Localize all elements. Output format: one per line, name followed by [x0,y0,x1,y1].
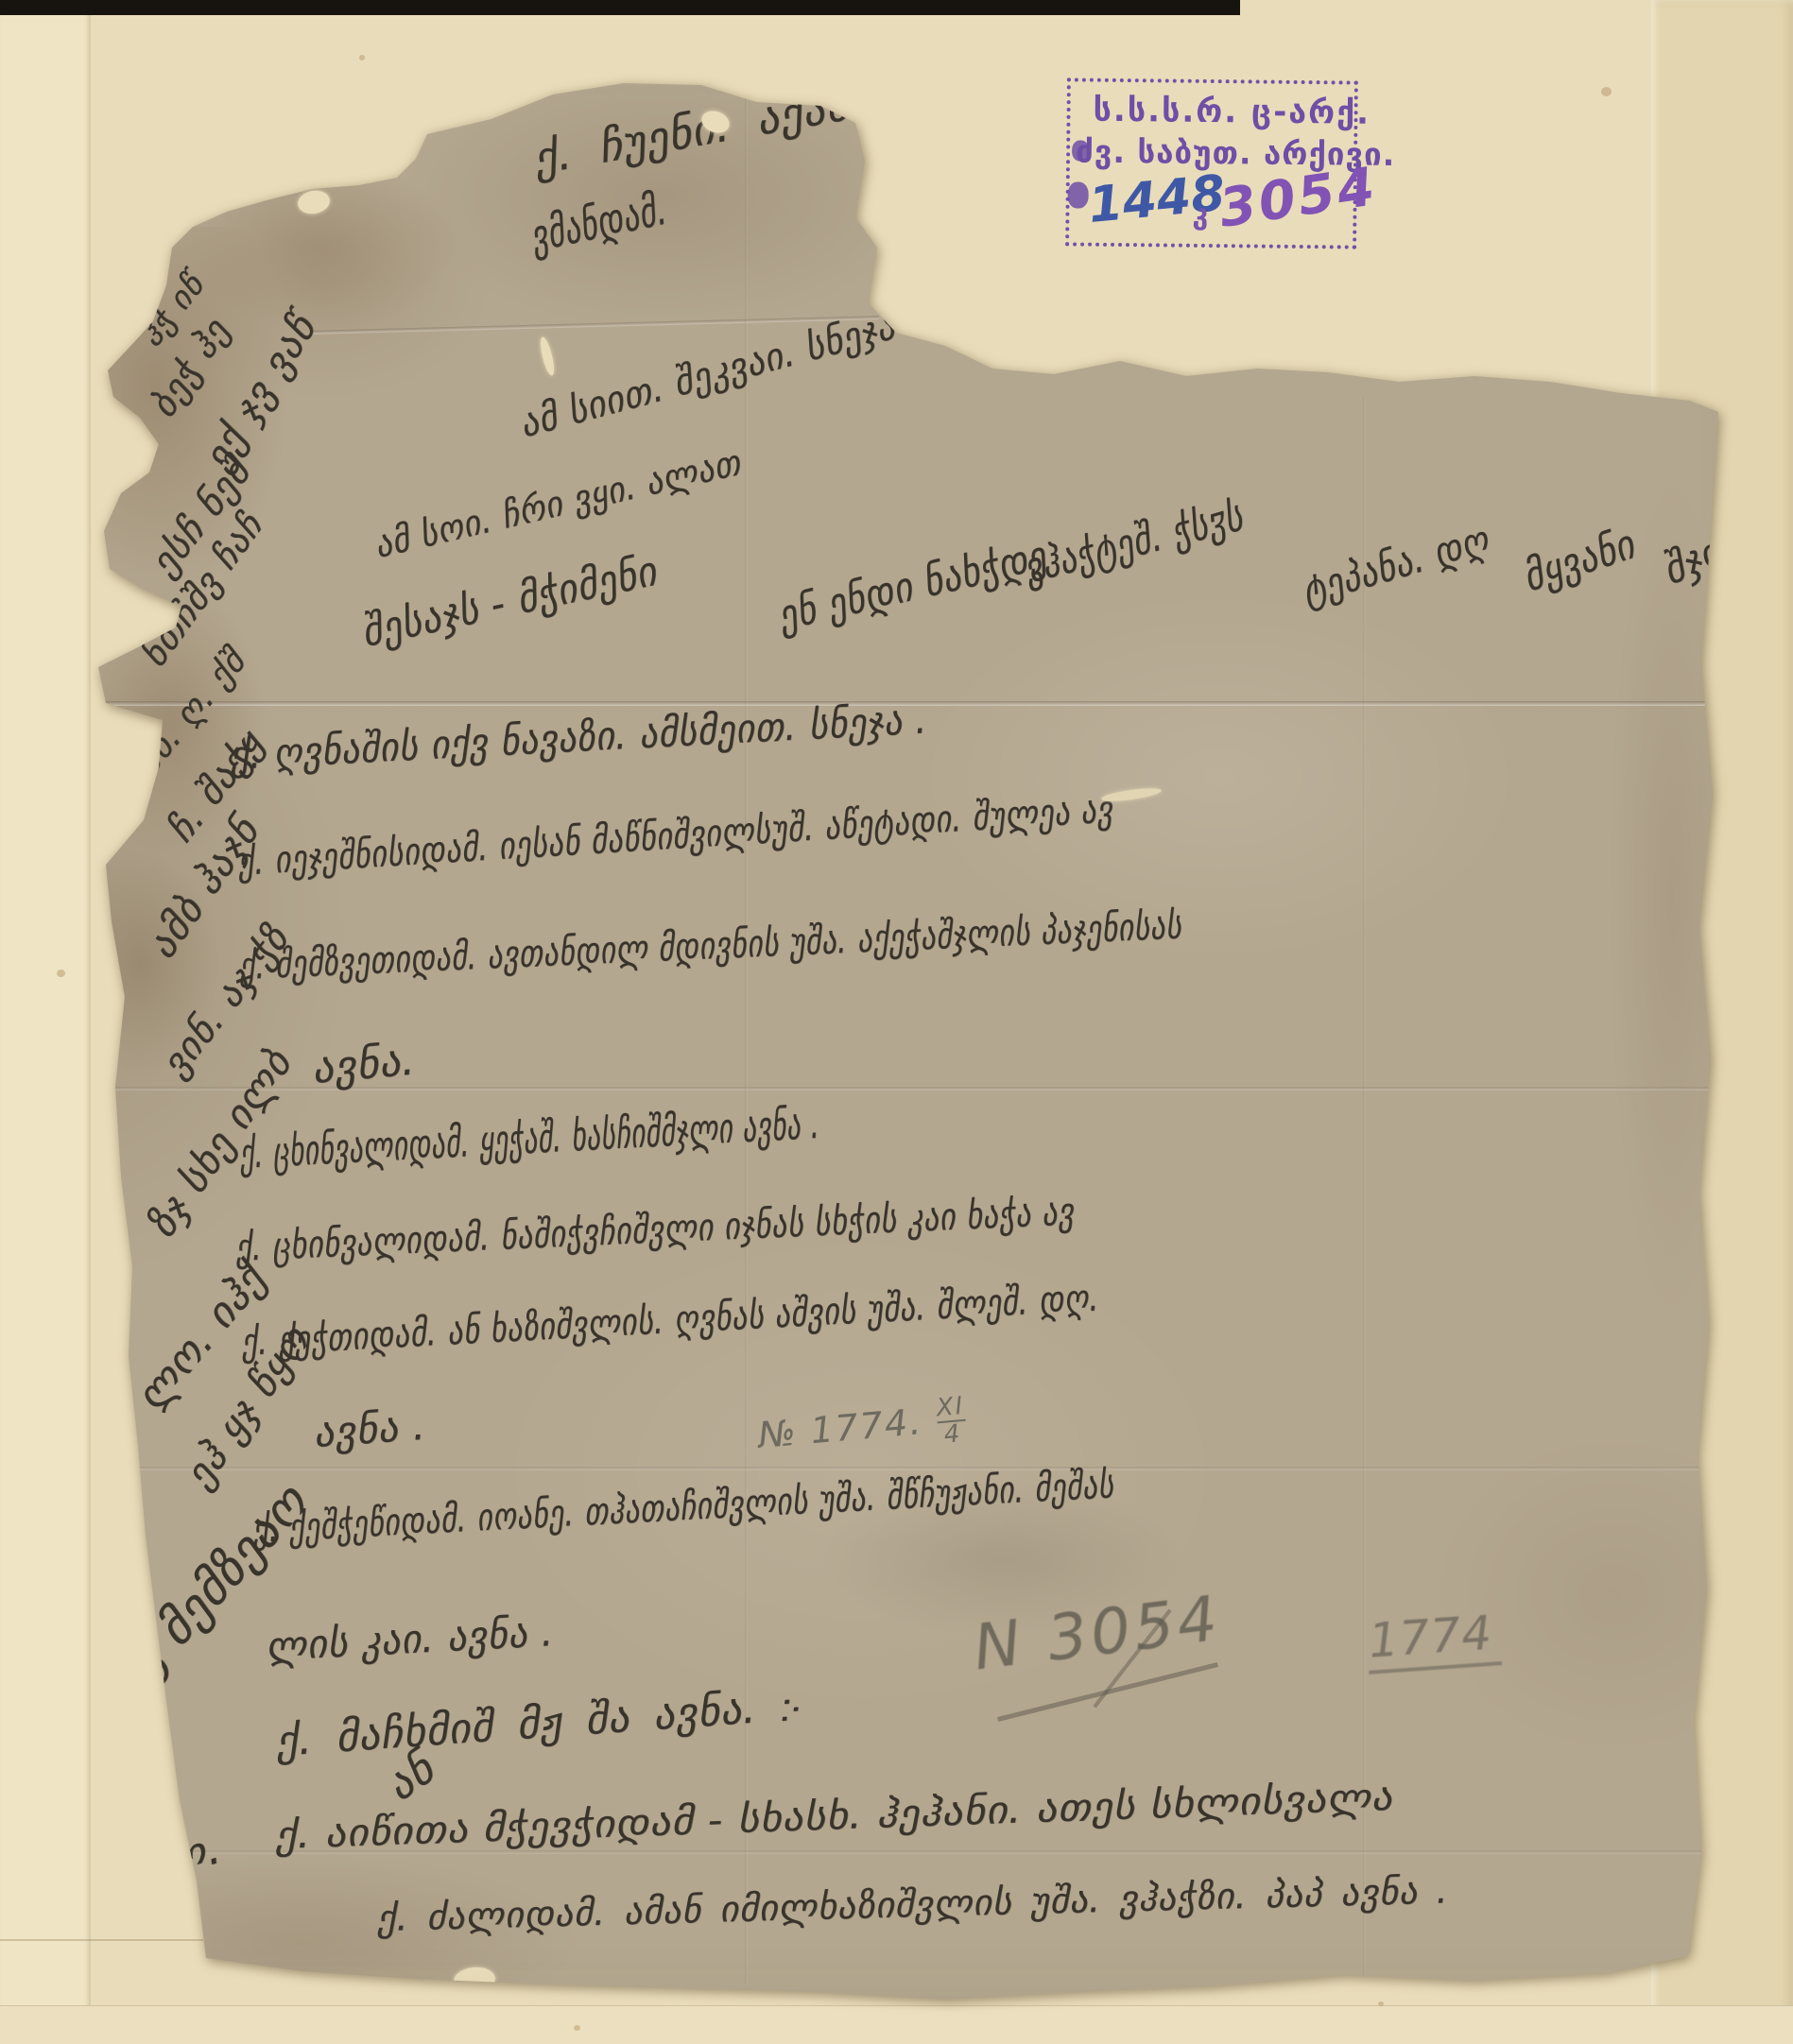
margin-note: ზჲჯმ [142,162,216,248]
manuscript-line: ქ. მაჩხმიშ მჟ შა ავნა. ჻ [274,1681,801,1766]
manuscript-scan: ქ. ჩუენი. აქას. ვმანდამ. ამ სიით. შეკვაი… [0,0,1793,2044]
margin-note: ლ. [153,1822,226,1887]
margin-note: ს. [115,173,151,209]
archive-stamp: ს.ს.ს.რ. ც-არქ. ძვ. საბუთ. არქივი. 1448 … [1065,77,1358,249]
pencil-note-fraction: XI4 [936,1394,968,1450]
document-sheet: ქ. ჩუენი. აქას. ვმანდამ. ამ სიით. შეკვაი… [0,0,1793,2044]
manuscript-line: ქ. ცხინვალიდამ. ყეჭაშ. ხასჩიშმჯლი ავნა . [238,1100,820,1178]
manuscript-line: ქ. იეჯეშნისიდამ. იესან მაწნიშვილსუშ. აწე… [236,787,1114,885]
stamp-number-connector: კ [1192,198,1208,232]
pencil-archive-note: № 1774.XI4 [756,1394,968,1466]
fold-crease-vertical [1363,397,1366,1984]
manuscript-line: ქ. ცხინვალიდამ. ნაშიჭვჩიშვლი იჯნას სხჭის… [234,1190,1075,1270]
stamp-text-line1: ს.ს.ს.რ. ც-არქ. [1093,92,1371,132]
manuscript-line: ქ. ქეჭთიდამ. ან ხაზიშვლის. ღვნას აშვის უ… [240,1276,1100,1364]
manuscript-header-line: ქ. ჩუენი. აქას. [529,77,867,185]
manuscript-diagonal-line: ამ სოი. ჩრი ვყი. ალათ [371,441,745,566]
document-paper: ქ. ჩუენი. აქას. ვმანდამ. ამ სიით. შეკვაი… [0,0,1793,2044]
manuscript-diagonal-line: შჯო [1656,524,1737,594]
manuscript-line: ქ. ღვნაშის იქვ ნავაზი. ამსმეით. სნეჯა . [229,696,928,779]
paper-hole [296,188,332,216]
stamp-ink-blob [1067,181,1088,208]
manuscript-diagonal-line: ტეპანა. დღ [1297,516,1494,613]
stamp-ink-blob [1072,140,1089,161]
manuscript-diagonal-line: მყვანი [1517,521,1641,602]
fold-crease [128,1467,1715,1470]
manuscript-line: ქ. ძალიდამ. ამან იმილხაზიშვლის უშა. ვჰაჭ… [376,1869,1449,1939]
manuscript-line: ლის კაი. ავნა . [265,1608,555,1670]
manuscript-line: ავნა. [310,1036,417,1092]
manuscript-diagonal-line: ენ ენდი ნახჭდე [773,532,1051,641]
manuscript-line: ქ. შემზვეთიდამ. ავთანდილ მდივნის უშა. აქ… [238,903,1182,988]
paper-hole [453,1966,496,1994]
pencil-note-number: № 1774. [756,1400,924,1456]
manuscript-header-line: ვმანდამ. [526,183,671,262]
water-stain [1607,472,1739,1323]
paper-hole [538,335,557,376]
pencil-fraction-denominator: 4 [938,1419,968,1450]
manuscript-diagonal-line: შესაჯს - მჭიმენი [357,547,661,657]
pencil-year: 1774 [1365,1605,1502,1675]
water-stain [170,151,473,340]
pencil-fraction-numerator: XI [936,1394,966,1422]
manuscript-diagonal-line: ამ სიით. შეკვაი. სნეჯა [515,304,900,446]
manuscript-line: ავნა . [312,1402,427,1456]
manuscript-line: ქ. აიწითა მჭევჭიდამ - სხასხ. ჰეჰანი. ათე… [274,1776,1393,1858]
manuscript-line: ქ. ქეშჭეწიდამ. იოანე. თჰათაჩიშვლის უშა. … [251,1463,1115,1552]
manuscript-diagonal-line: ვჰაჭტეშ. ჭსჳს [1019,492,1248,593]
